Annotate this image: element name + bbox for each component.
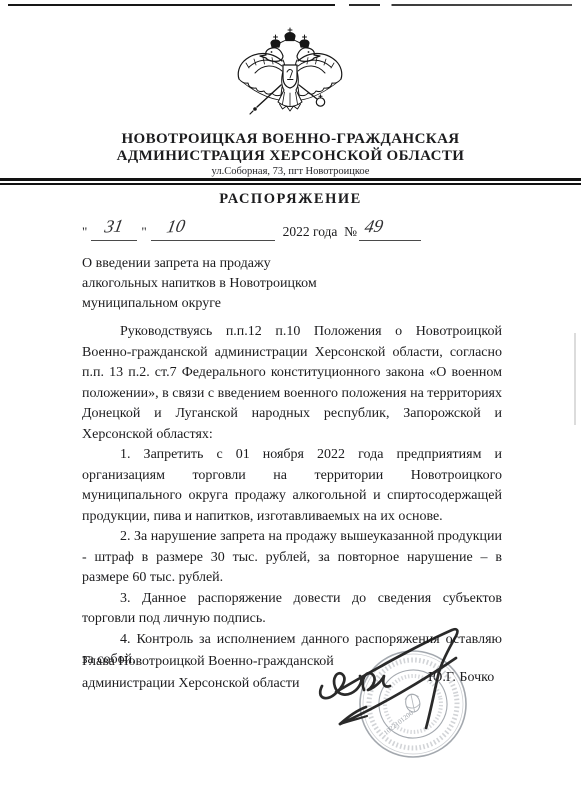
signature-scrawl	[308, 612, 493, 734]
letterhead: НОВОТРОИЦКАЯ ВОЕННО-ГРАЖДАНСКАЯ АДМИНИСТ…	[0, 131, 581, 178]
signoff-position-line2: администрации Херсонской области	[82, 673, 334, 695]
subject-line: муниципальном округе	[82, 294, 317, 314]
org-name-line2: АДМИНИСТРАЦИЯ ХЕРСОНСКОЙ ОБЛАСТИ	[0, 148, 581, 165]
signoff-position: Глава Новотроицкой Военно-гражданской ад…	[82, 651, 334, 694]
document-page: НОВОТРОИЦКАЯ ВОЕННО-ГРАЖДАНСКАЯ АДМИНИСТ…	[0, 0, 581, 800]
coat-of-arms-eagle-icon	[233, 27, 347, 130]
item-2: 2. За нарушение запрета на продажу вышеу…	[82, 527, 502, 589]
month-underline: 10	[151, 216, 275, 241]
document-title: РАСПОРЯЖЕНИЕ	[0, 191, 581, 208]
handwritten-month: 10	[165, 216, 187, 237]
year-and-number-label: 2022 года №	[283, 224, 357, 240]
subject-block: О введении запрета на продажу алкогольны…	[82, 254, 317, 314]
org-address: ул.Соборная, 73, пгт Новотроицкое	[0, 166, 581, 178]
subject-line: алкогольных напитков в Новотроицком	[82, 274, 317, 294]
date-line: " 31 " 10 2022 года № 49	[82, 215, 421, 241]
intro-paragraph: Руководствуясь п.п.12 п.10 Положения о Н…	[82, 322, 502, 445]
subject-line: О введении запрета на продажу	[82, 254, 317, 274]
scan-artifact-right-line	[574, 333, 576, 425]
scan-artifact-top-line	[8, 4, 572, 6]
day-underline: 31	[91, 216, 137, 241]
item-1: 1. Запретить с 01 ноября 2022 года предп…	[82, 445, 502, 527]
signoff-position-line1: Глава Новотроицкой Военно-гражданской	[82, 651, 334, 673]
open-quote: "	[82, 224, 87, 240]
close-quote: "	[141, 224, 146, 240]
handwritten-day: 31	[103, 216, 125, 237]
letterhead-divider	[0, 178, 581, 185]
handwritten-number: 49	[363, 216, 385, 237]
number-underline: 49	[359, 216, 421, 241]
org-name-line1: НОВОТРОИЦКАЯ ВОЕННО-ГРАЖДАНСКАЯ	[0, 131, 581, 148]
